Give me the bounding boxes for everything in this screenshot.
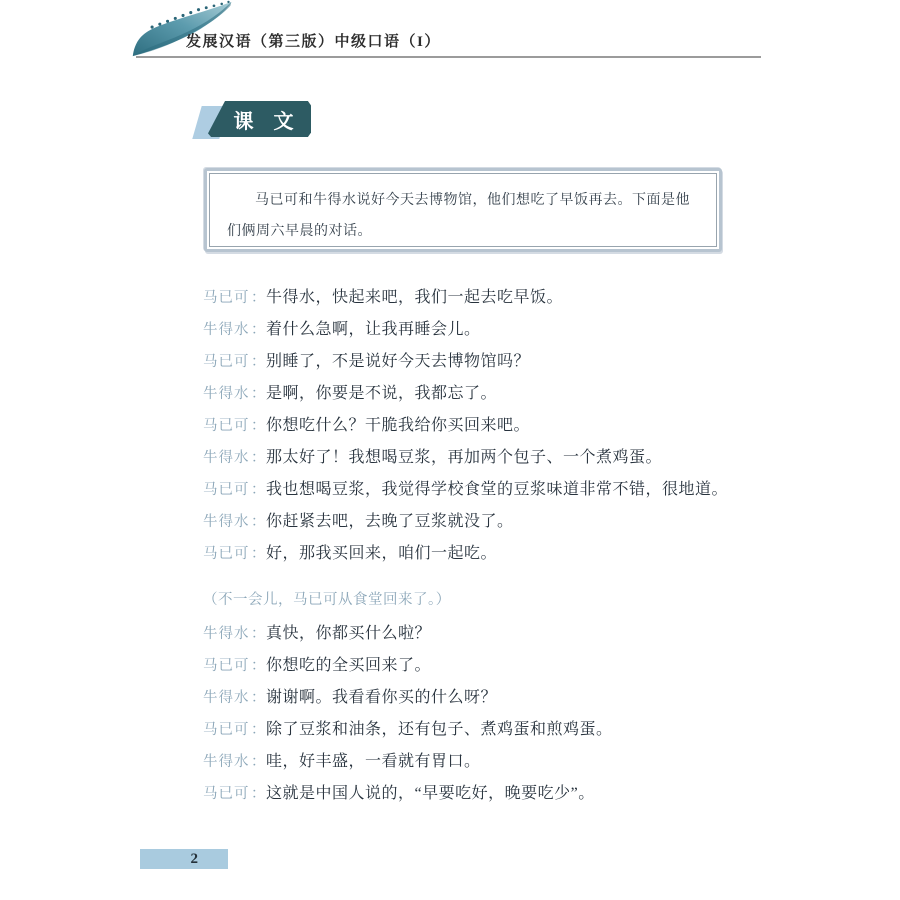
speaker-colon: ： <box>251 282 265 314</box>
dialog-line: 牛得水：那太好了！我想喝豆浆，再加两个包子、一个煮鸡蛋。 <box>203 442 773 474</box>
speaker-colon: ： <box>251 474 265 506</box>
dialog-line: 马已可：我也想喝豆浆，我觉得学校食堂的豆浆味道非常不错，很地道。 <box>203 474 773 506</box>
section-badge: 课 文 <box>208 101 311 137</box>
dialog-line: 马已可：好，那我买回来，咱们一起吃。 <box>203 538 773 570</box>
intro-box: 马已可和牛得水说好今天去博物馆，他们想吃了早饭再去。下面是他们俩周六早晨的对话。 <box>204 168 722 252</box>
dialog-line: 牛得水：你赶紧去吧，去晚了豆浆就没了。 <box>203 506 773 538</box>
speaker-name: 马已可 <box>203 778 251 810</box>
intro-box-inner: 马已可和牛得水说好今天去博物馆，他们想吃了早饭再去。下面是他们俩周六早晨的对话。 <box>209 173 717 247</box>
dialog-text: 是啊，你要是不说，我都忘了。 <box>266 378 497 410</box>
speaker-colon: ： <box>251 746 265 778</box>
speaker-name: 牛得水 <box>203 378 251 410</box>
speaker-name: 牛得水 <box>203 682 251 714</box>
dialog-text: 牛得水，快起来吧，我们一起去吃早饭。 <box>266 282 563 314</box>
dialog-line: 牛得水：谢谢啊。我看看你买的什么呀？ <box>203 682 773 714</box>
dialog-line: 马已可：别睡了，不是说好今天去博物馆吗？ <box>203 346 773 378</box>
book-title: 发展汉语（第三版）中级口语（I） <box>186 30 441 51</box>
speaker-colon: ： <box>251 442 265 474</box>
dialog-text: 谢谢啊。我看看你买的什么呀？ <box>266 682 497 714</box>
intro-text: 马已可和牛得水说好今天去博物馆，他们想吃了早饭再去。下面是他们俩周六早晨的对话。 <box>227 185 699 247</box>
speaker-name: 牛得水 <box>203 442 251 474</box>
header-divider <box>136 56 761 58</box>
speaker-colon: ： <box>251 506 265 538</box>
dialog-line: 马已可：你想吃的全买回来了。 <box>203 650 773 682</box>
dialog-text: 别睡了，不是说好今天去博物馆吗？ <box>266 346 530 378</box>
speaker-colon: ： <box>251 618 265 650</box>
dialog-text: 哇，好丰盛，一看就有胃口。 <box>266 746 481 778</box>
speaker-name: 马已可 <box>203 538 251 570</box>
dialog-line: 马已可：牛得水，快起来吧，我们一起去吃早饭。 <box>203 282 773 314</box>
dialog-text: 除了豆浆和油条，还有包子、煮鸡蛋和煎鸡蛋。 <box>266 714 613 746</box>
dialog-text: 那太好了！我想喝豆浆，再加两个包子、一个煮鸡蛋。 <box>266 442 662 474</box>
dialog-text: 着什么急啊，让我再睡会儿。 <box>266 314 481 346</box>
dialog-line: 牛得水：真快，你都买什么啦？ <box>203 618 773 650</box>
speaker-colon: ： <box>251 650 265 682</box>
speaker-colon: ： <box>251 314 265 346</box>
speaker-name: 马已可 <box>203 410 251 442</box>
speaker-colon: ： <box>251 378 265 410</box>
dialog-text: 我也想喝豆浆，我觉得学校食堂的豆浆味道非常不错，很地道。 <box>266 474 728 506</box>
dialog-line: 马已可：你想吃什么？干脆我给你买回来吧。 <box>203 410 773 442</box>
speaker-name: 马已可 <box>203 346 251 378</box>
speaker-colon: ： <box>251 714 265 746</box>
dialog-text: 你赶紧去吧，去晚了豆浆就没了。 <box>266 506 514 538</box>
speaker-name: 马已可 <box>203 282 251 314</box>
speaker-colon: ： <box>251 410 265 442</box>
dialog-text: 你想吃的全买回来了。 <box>266 650 431 682</box>
page-number-bar: 2 <box>140 849 228 869</box>
speaker-name: 马已可 <box>203 650 251 682</box>
dialog-text: 你想吃什么？干脆我给你买回来吧。 <box>266 410 530 442</box>
speaker-colon: ： <box>251 778 265 810</box>
speaker-colon: ： <box>251 682 265 714</box>
dialog-text: 这就是中国人说的，“早要吃好，晚要吃少”。 <box>266 778 595 810</box>
dialog: 马已可：牛得水，快起来吧，我们一起去吃早饭。 牛得水：着什么急啊，让我再睡会儿。… <box>203 282 773 810</box>
speaker-name: 马已可 <box>203 714 251 746</box>
dialog-line: 马已可：这就是中国人说的，“早要吃好，晚要吃少”。 <box>203 778 773 810</box>
speaker-name: 牛得水 <box>203 314 251 346</box>
dialog-text: 真快，你都买什么啦？ <box>266 618 431 650</box>
speaker-name: 牛得水 <box>203 506 251 538</box>
speaker-colon: ： <box>251 538 265 570</box>
dialog-line: 牛得水：哇，好丰盛，一看就有胃口。 <box>203 746 773 778</box>
stage-direction: （不一会儿，马已可从食堂回来了。） <box>203 584 773 616</box>
speaker-name: 马已可 <box>203 474 251 506</box>
dialog-line: 马已可：除了豆浆和油条，还有包子、煮鸡蛋和煎鸡蛋。 <box>203 714 773 746</box>
speaker-name: 牛得水 <box>203 618 251 650</box>
speaker-name: 牛得水 <box>203 746 251 778</box>
speaker-colon: ： <box>251 346 265 378</box>
dialog-line: 牛得水：是啊，你要是不说，我都忘了。 <box>203 378 773 410</box>
page-number: 2 <box>191 851 199 867</box>
dialog-text: 好，那我买回来，咱们一起吃。 <box>266 538 497 570</box>
dialog-line: 牛得水：着什么急啊，让我再睡会儿。 <box>203 314 773 346</box>
textbook-page: 发展汉语（第三版）中级口语（I） 课 文 马已可和牛得水说好今天去博物馆，他们想… <box>0 0 900 900</box>
